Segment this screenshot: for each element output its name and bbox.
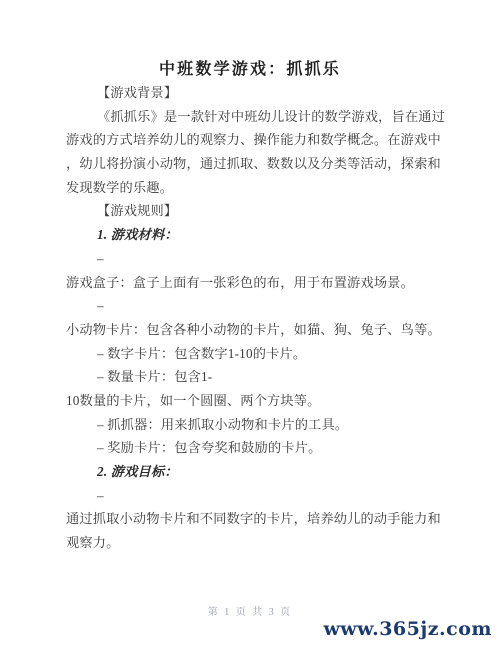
bullet-dash: –: [66, 247, 432, 271]
numbered-heading-materials: 1. 游戏材料：: [66, 223, 432, 247]
bullet-line: 10数量的卡片，如一个圆圈、两个方块等。: [66, 389, 432, 413]
paragraph-line: 通过抓取小动物卡片和不同数字的卡片，培养幼儿的动手能力和: [66, 507, 432, 531]
paragraph-line: 发现数学的乐趣。: [66, 176, 432, 200]
paragraph-line: 游戏的方式培养幼儿的观察力、操作能力和数学概念。在游戏中: [66, 128, 432, 152]
page-number-indicator: 第 1 页 共 3 页: [0, 603, 500, 618]
paragraph-line: 观察力。: [66, 531, 432, 555]
document-body: 【游戏背景】 《抓抓乐》是一款针对中班幼儿设计的数学游戏，旨在通过 游戏的方式培…: [66, 81, 432, 555]
site-watermark: www.365jz.com: [323, 618, 492, 640]
bullet-line: 游戏盒子：盒子上面有一张彩色的布，用于布置游戏场景。: [66, 271, 432, 295]
document-title: 中班数学游戏：抓抓乐: [0, 56, 500, 79]
bullet-line: – 抓抓器：用来抓取小动物和卡片的工具。: [66, 413, 432, 437]
paragraph-line: ，幼儿将扮演小动物，通过抓取、数数以及分类等活动，探索和: [66, 152, 432, 176]
bullet-dash: –: [66, 484, 432, 508]
section-heading-rules: 【游戏规则】: [66, 199, 432, 223]
bullet-line: – 数量卡片：包含1-: [66, 365, 432, 389]
bullet-line: – 数字卡片：包含数字1-10的卡片。: [66, 342, 432, 366]
paragraph-line: 《抓抓乐》是一款针对中班幼儿设计的数学游戏，旨在通过: [66, 105, 432, 129]
section-heading-background: 【游戏背景】: [66, 81, 432, 105]
bullet-line: – 奖励卡片：包含夸奖和鼓励的卡片。: [66, 436, 432, 460]
bullet-line: 小动物卡片：包含各种小动物的卡片，如猫、狗、兔子、鸟等。: [66, 318, 432, 342]
bullet-dash: –: [66, 294, 432, 318]
document-page: 中班数学游戏：抓抓乐 【游戏背景】 《抓抓乐》是一款针对中班幼儿设计的数学游戏，…: [0, 0, 500, 647]
numbered-heading-goals: 2. 游戏目标：: [66, 460, 432, 484]
